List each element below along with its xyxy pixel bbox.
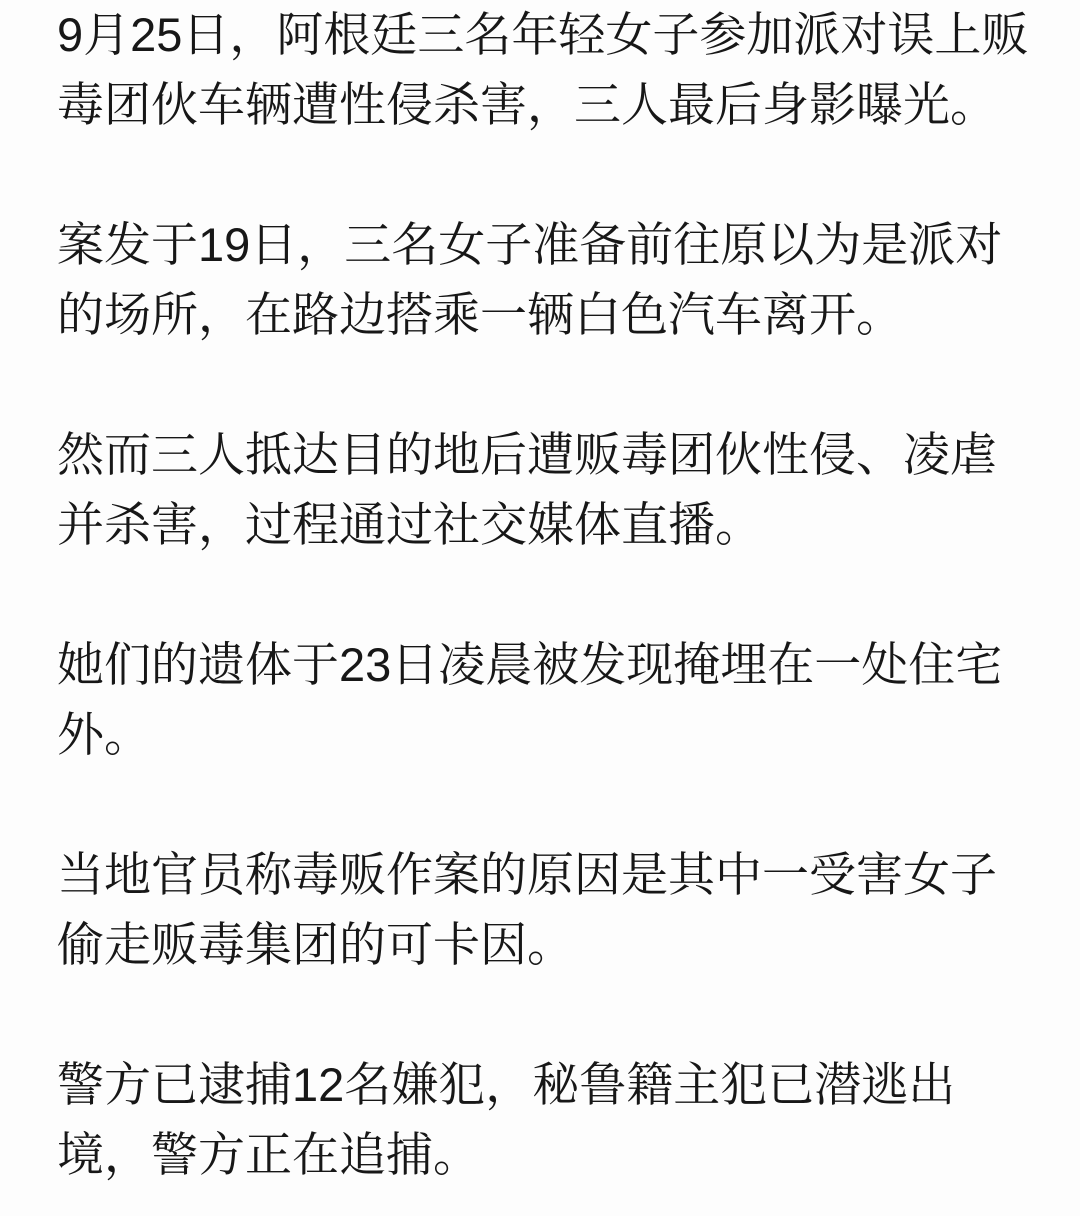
news-article-page: 9月25日，阿根廷三名年轻女子参加派对误上贩毒团伙车辆遭性侵杀害，三人最后身影曝… (0, 0, 1080, 1216)
article-paragraph: 警方已逮捕12名嫌犯，秘鲁籍主犯已潜逃出境，警方正在追捕。 (57, 1050, 1034, 1190)
article-paragraph: 她们的遗体于23日凌晨被发现掩埋在一处住宅外。 (57, 630, 1034, 770)
article-paragraph: 当地官员称毒贩作案的原因是其中一受害女子偷走贩毒集团的可卡因。 (57, 840, 1034, 980)
article-paragraph: 9月25日，阿根廷三名年轻女子参加派对误上贩毒团伙车辆遭性侵杀害，三人最后身影曝… (57, 0, 1034, 140)
article-paragraph: 然而三人抵达目的地后遭贩毒团伙性侵、凌虐并杀害，过程通过社交媒体直播。 (57, 420, 1034, 560)
article-paragraph: 案发于19日，三名女子准备前往原以为是派对的场所，在路边搭乘一辆白色汽车离开。 (57, 210, 1034, 350)
article-body: 9月25日，阿根廷三名年轻女子参加派对误上贩毒团伙车辆遭性侵杀害，三人最后身影曝… (0, 0, 1034, 1190)
